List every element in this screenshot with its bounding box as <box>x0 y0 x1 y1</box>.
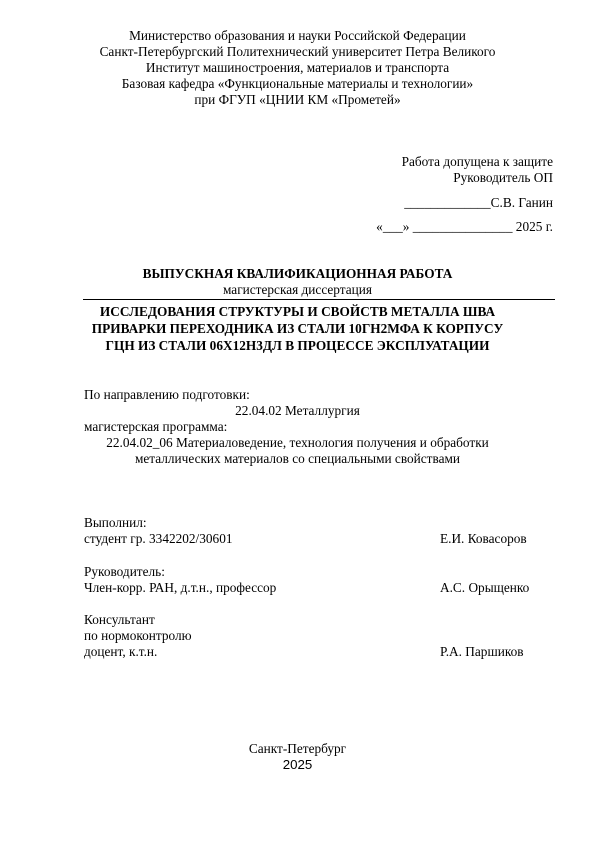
divider-line <box>83 299 555 300</box>
author-role: Выполнил: <box>84 515 147 531</box>
program-label: магистерская программа: <box>84 419 227 435</box>
footer-year: 2025 <box>0 757 595 773</box>
consultant-role: Консультант <box>84 612 155 628</box>
supervisor-detail: Член-корр. РАН, д.т.н., профессор <box>84 580 276 596</box>
work-type-subtitle: магистерская диссертация <box>0 282 595 298</box>
header-university: Санкт-Петербургский Политехнический унив… <box>0 44 595 60</box>
supervisor-name: А.С. Орыщенко <box>440 580 529 596</box>
approval-admitted: Работа допущена к защите <box>402 154 553 170</box>
direction-value: 22.04.02 Металлургия <box>0 403 595 419</box>
header-organization: при ФГУП «ЦНИИ КМ «Прометей» <box>0 92 595 108</box>
thesis-title-line-2: ПРИВАРКИ ПЕРЕХОДНИКА ИЗ СТАЛИ 10ГН2МФА К… <box>0 321 595 337</box>
direction-label: По направлению подготовки: <box>84 387 250 403</box>
consultant-role-detail: по нормоконтролю <box>84 628 192 644</box>
header-ministry: Министерство образования и науки Российс… <box>0 28 595 44</box>
approval-date: «___» _______________ 2025 г. <box>376 219 553 235</box>
consultant-name: Р.А. Паршиков <box>440 644 524 660</box>
supervisor-role: Руководитель: <box>84 564 165 580</box>
consultant-detail: доцент, к.т.н. <box>84 644 157 660</box>
header-department: Базовая кафедра «Функциональные материал… <box>0 76 595 92</box>
program-value-line-2: металлических материалов со специальными… <box>0 451 595 467</box>
work-type-title: ВЫПУСКНАЯ КВАЛИФИКАЦИОННАЯ РАБОТА <box>0 266 595 282</box>
program-value-line-1: 22.04.02_06 Материаловедение, технология… <box>0 435 595 451</box>
header-institute: Институт машиностроения, материалов и тр… <box>0 60 595 76</box>
author-detail: студент гр. 3342202/30601 <box>84 531 233 547</box>
approval-head: Руководитель ОП <box>453 170 553 186</box>
thesis-title-line-3: ГЦН ИЗ СТАЛИ 06Х12Н3ДЛ В ПРОЦЕССЕ ЭКСПЛУ… <box>0 338 595 354</box>
thesis-title-line-1: ИССЛЕДОВАНИЯ СТРУКТУРЫ И СВОЙСТВ МЕТАЛЛА… <box>0 304 595 320</box>
footer-city: Санкт-Петербург <box>0 741 595 757</box>
approval-signature: _____________С.В. Ганин <box>404 195 553 211</box>
author-name: Е.И. Ковасоров <box>440 531 527 547</box>
